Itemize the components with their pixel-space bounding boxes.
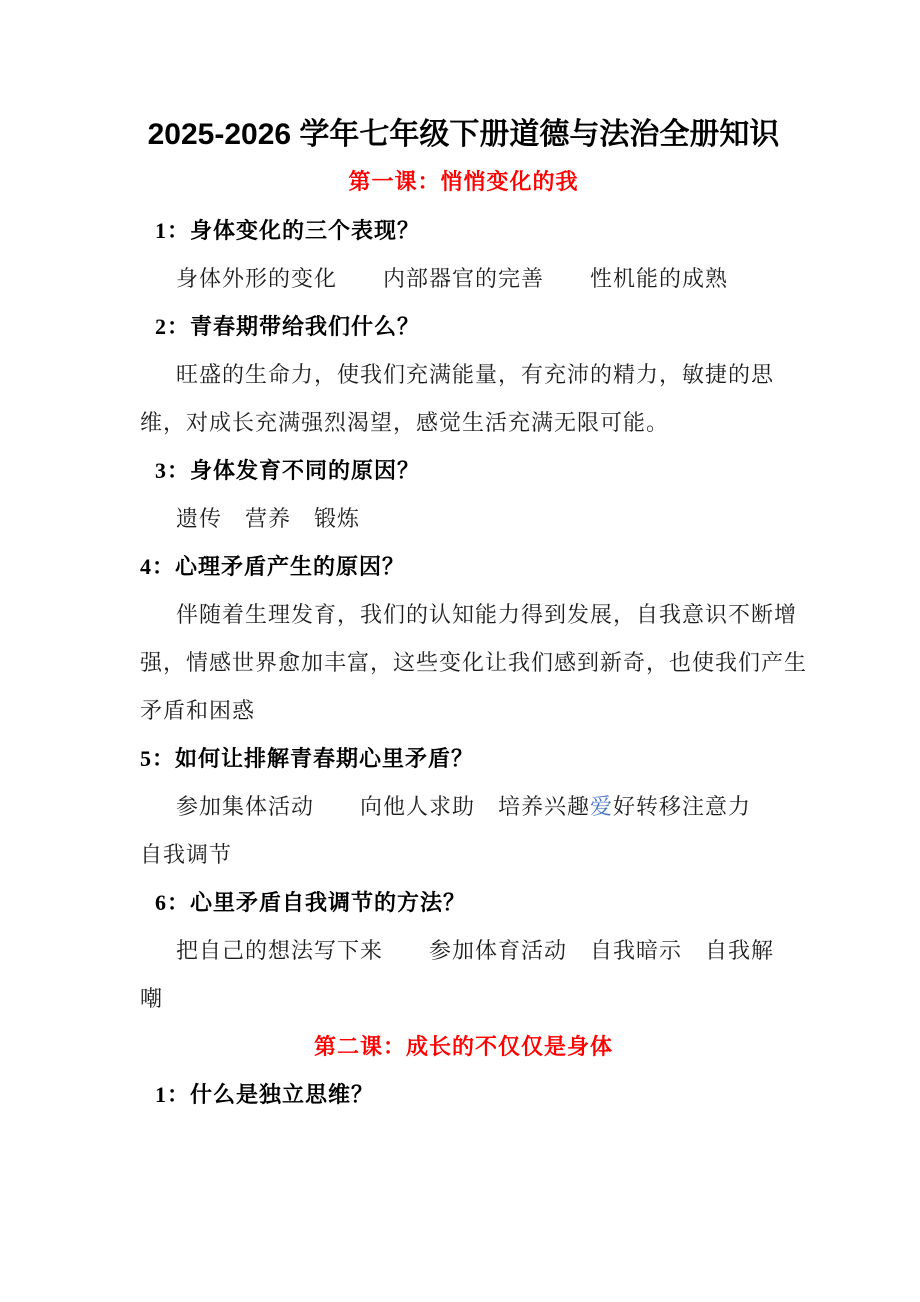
lesson1-answer-4-line-2: 强，情感世界愈加丰富，这些变化让我们感到新奇，也使我们产生 [140, 639, 787, 687]
lesson2-question-1: 1：什么是独立思维？ [140, 1071, 787, 1119]
lesson1-answer-4-line-3: 矛盾和困惑 [140, 687, 787, 735]
lesson1-answer-5-line-2: 自我调节 [140, 831, 787, 879]
answer-5-text-after-highlight: 好转移注意力 [613, 794, 751, 819]
lesson1-answer-6-line-2: 嘲 [140, 975, 787, 1023]
lesson1-answer-4-line-1: 伴随着生理发育，我们的认知能力得到发展，自我意识不断增 [140, 591, 787, 639]
lesson1-question-6: 6：心里矛盾自我调节的方法？ [140, 879, 787, 927]
lesson1-question-4: 4：心理矛盾产生的原因？ [140, 543, 787, 591]
lesson1-answer-2-line-1: 旺盛的生命力，使我们充满能量，有充沛的精力，敏捷的思 [140, 351, 787, 399]
lesson1-answer-1: 身体外形的变化 内部器官的完善 性机能的成熟 [140, 255, 787, 303]
answer-5-text-before-highlight: 参加集体活动 向他人求助 培养兴趣 [176, 794, 590, 819]
lesson1-heading: 第一课：悄悄变化的我 [140, 168, 787, 196]
document-body: 2025-2026 学年七年级下册道德与法治全册知识 第一课：悄悄变化的我 1：… [140, 0, 787, 1119]
document-title: 2025-2026 学年七年级下册道德与法治全册知识 [140, 0, 787, 152]
lesson1-answer-6-line-1: 把自己的想法写下来 参加体育活动 自我暗示 自我解 [140, 927, 787, 975]
lesson1-answer-3: 遗传 营养 锻炼 [140, 495, 787, 543]
lesson1-question-2: 2：青春期带给我们什么？ [140, 303, 787, 351]
answer-5-highlighted-char: 爱 [590, 794, 613, 819]
lesson1-content: 1：身体变化的三个表现？ 身体外形的变化 内部器官的完善 性机能的成熟 2：青春… [140, 207, 787, 1119]
document-page: 2025-2026 学年七年级下册道德与法治全册知识 第一课：悄悄变化的我 1：… [0, 0, 920, 1302]
lesson1-question-3: 3：身体发育不同的原因？ [140, 447, 787, 495]
lesson1-question-1: 1：身体变化的三个表现？ [140, 207, 787, 255]
lesson1-answer-5-line-1: 参加集体活动 向他人求助 培养兴趣爱好转移注意力 [140, 783, 787, 831]
lesson1-answer-2-line-2: 维，对成长充满强烈渴望，感觉生活充满无限可能。 [140, 399, 787, 447]
lesson2-heading: 第二课：成长的不仅仅是身体 [140, 1023, 787, 1071]
lesson1-question-5: 5：如何让排解青春期心里矛盾？ [140, 735, 787, 783]
